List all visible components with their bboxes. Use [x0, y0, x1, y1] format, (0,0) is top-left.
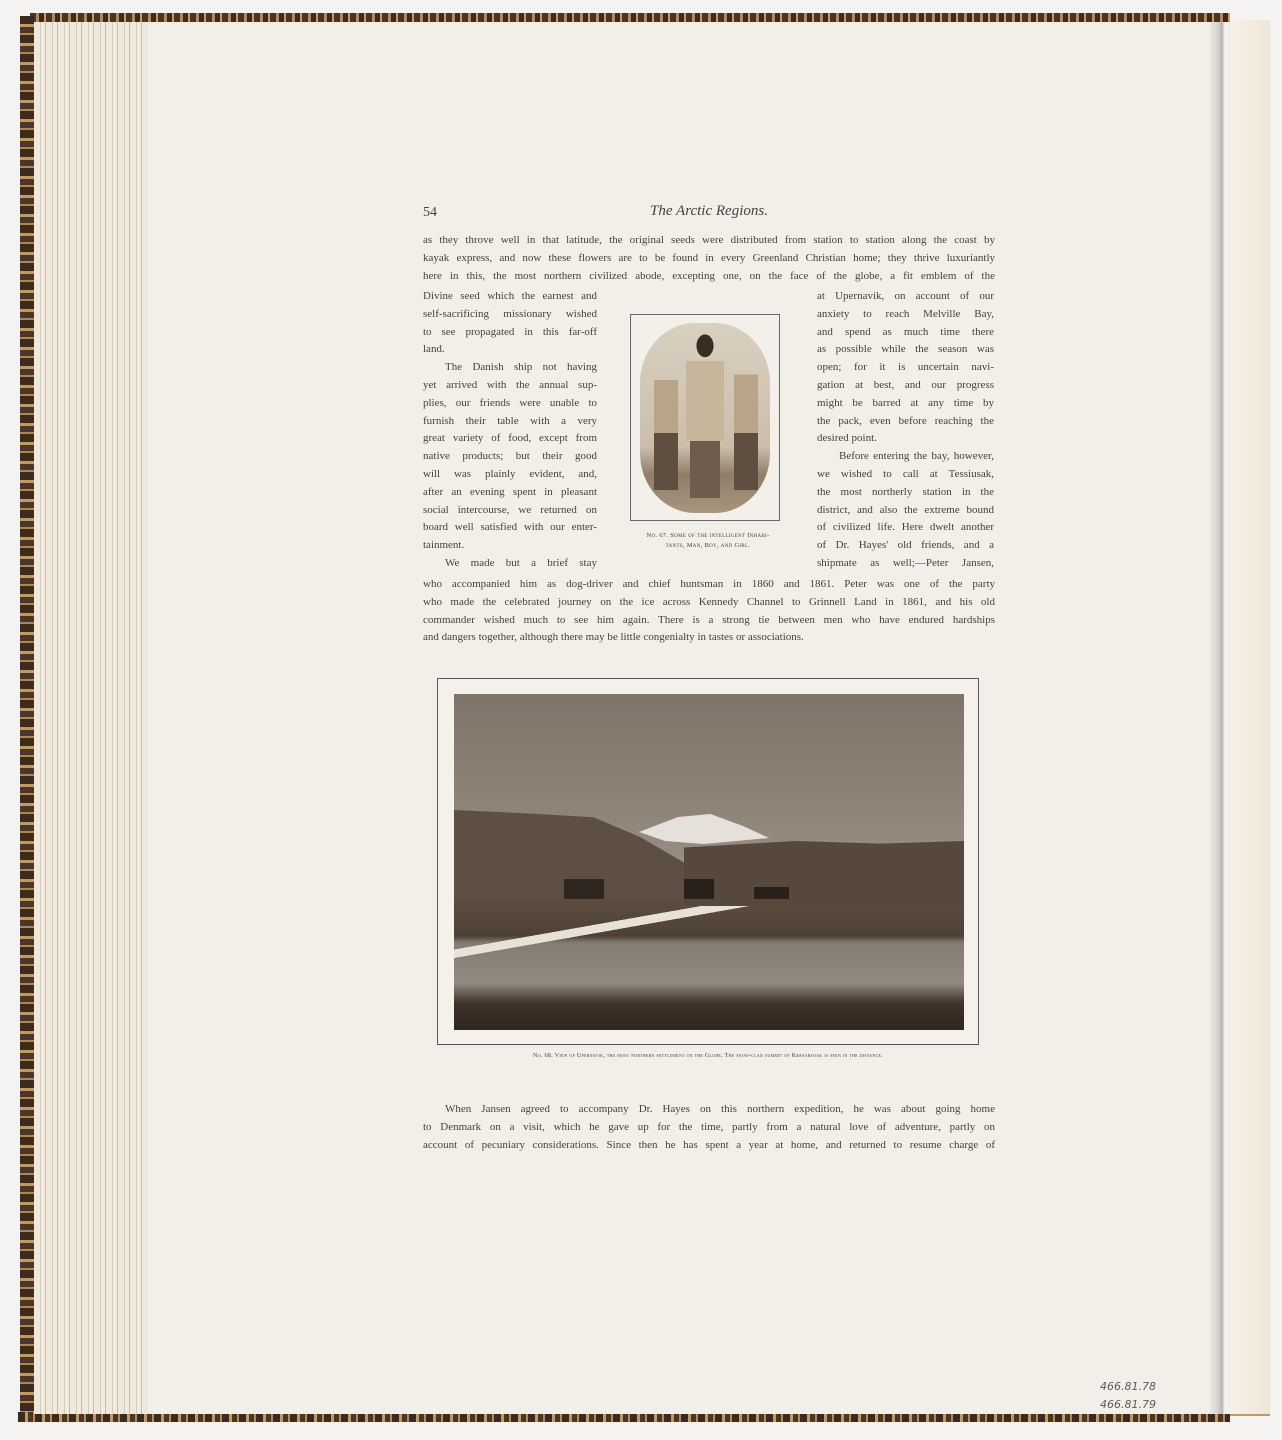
text-line: at Upernavik, on account of our	[817, 288, 994, 306]
text-line: to Denmark on a visit, which he gave up …	[423, 1119, 995, 1137]
left-text-column: Divine seed which the earnest and self-s…	[423, 288, 597, 573]
text-line: plies, our friends were unable to	[423, 395, 597, 413]
text-line: yet arrived with the annual sup-	[423, 377, 597, 395]
text-line: great variety of food, except from	[423, 430, 597, 448]
figure-68-frame	[437, 678, 979, 1045]
text-line: will was plainly evident, and,	[423, 466, 597, 484]
text-line: as possible while the season was	[817, 341, 994, 359]
book-cover-spine-edge	[20, 16, 34, 1416]
text-line: land.	[423, 341, 597, 359]
text-line: open; for it is uncertain navi-	[817, 359, 994, 377]
photo-houses	[564, 869, 794, 899]
text-line: who accompanied him as dog-driver and ch…	[423, 576, 995, 594]
text-line: social intercourse, we returned on	[423, 502, 597, 520]
photo-inhabitants	[640, 323, 770, 513]
text-line: Before entering the bay, however,	[817, 448, 994, 466]
text-line: as they throve well in that latitude, th…	[423, 232, 995, 250]
text-line: to see propagated in this far-off	[423, 324, 597, 342]
text-line: commander wished much to see him again. …	[423, 612, 995, 630]
text-line: Divine seed which the earnest and	[423, 288, 597, 306]
text-line: the pack, even before reaching the	[817, 413, 994, 431]
text-line: here in this, the most northern civilize…	[423, 268, 995, 286]
continuation-paragraph: who accompanied him as dog-driver and ch…	[423, 576, 995, 647]
text-line: we wished to call at Tessiusak,	[817, 466, 994, 484]
photo-snow-peak	[639, 814, 769, 844]
figure-67-frame	[630, 314, 780, 521]
final-paragraph: When Jansen agreed to accompany Dr. Haye…	[423, 1101, 995, 1154]
text-line: self-sacrificing missionary wished	[423, 306, 597, 324]
text-line: district, and also the extreme bound	[817, 502, 994, 520]
text-line: anxiety to reach Melville Bay,	[817, 306, 994, 324]
caption-line: No. 67. Some of the intelligent Inhabi-	[632, 531, 784, 541]
page-header: 54 The Arctic Regions.	[423, 203, 995, 225]
text-line: shipmate as well;—Peter Jansen,	[817, 555, 994, 573]
text-line: might be barred at any time by	[817, 395, 994, 413]
text-line: gation at best, and our progress	[817, 377, 994, 395]
text-line: after an evening spent in pleasant	[423, 484, 597, 502]
text-line: who made the celebrated journey on the i…	[423, 594, 995, 612]
text-line: account of pecuniary considerations. Sin…	[423, 1137, 995, 1155]
text-line: kayak express, and now these flowers are…	[423, 250, 995, 268]
text-line: board well satisfied with our enter-	[423, 519, 597, 537]
text-line: We made but a brief stay	[423, 555, 597, 573]
accession-number: 466.81.78	[1100, 1380, 1156, 1393]
facing-page-edge	[1230, 20, 1270, 1416]
right-text-column: at Upernavik, on account of our anxiety …	[817, 288, 994, 573]
caption-line: tants, Man, Boy, and Girl.	[632, 541, 784, 551]
text-line: tainment.	[423, 537, 597, 555]
photo-upernavik	[454, 694, 964, 1030]
text-line: the most northerly station in the	[817, 484, 994, 502]
text-line: and spend as much time there	[817, 324, 994, 342]
text-line: desired point.	[817, 430, 994, 448]
text-line: When Jansen agreed to accompany Dr. Haye…	[423, 1101, 995, 1119]
text-line: of civilized life. Here dwelt another	[817, 519, 994, 537]
text-line: furnish their table with a very	[423, 413, 597, 431]
figure-67-caption: No. 67. Some of the intelligent Inhabi- …	[632, 531, 784, 551]
running-title: The Arctic Regions.	[423, 203, 995, 220]
intro-paragraph: as they throve well in that latitude, th…	[423, 232, 995, 285]
text-line: of Dr. Hayes' old friends, and a	[817, 537, 994, 555]
figure-68-caption: No. 68. View of Upernavik, the most nort…	[440, 1052, 976, 1059]
accession-number: 466.81.79	[1100, 1398, 1156, 1411]
book-cover-top-edge	[30, 13, 1230, 22]
text-line: native products; but their good	[423, 448, 597, 466]
page-stack-edges	[34, 22, 148, 1414]
text-line: The Danish ship not having	[423, 359, 597, 377]
text-line: and dangers together, although there may…	[423, 629, 995, 647]
book-gutter	[1210, 22, 1230, 1414]
